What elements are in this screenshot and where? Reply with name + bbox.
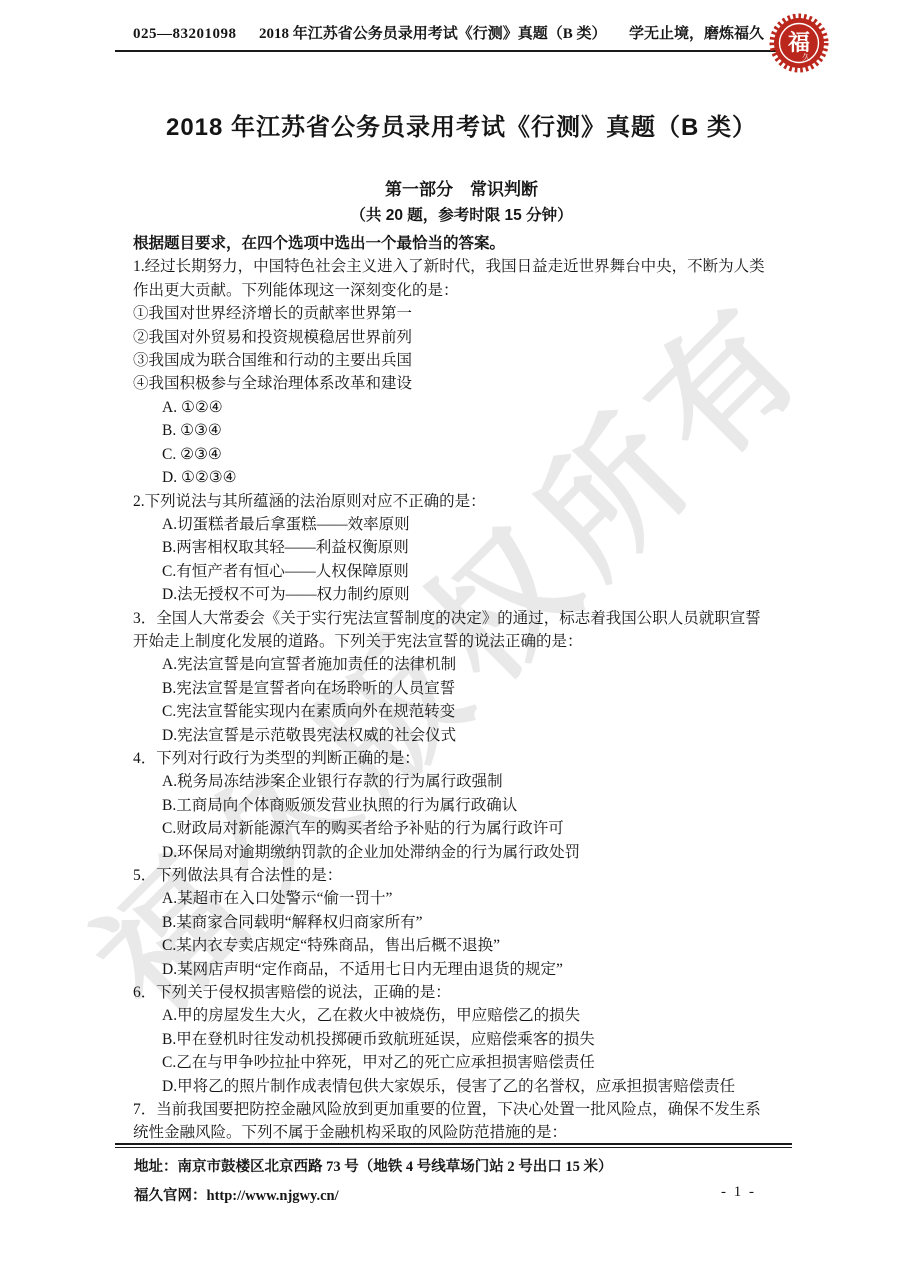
question-option: B.工商局向个体商贩颁发营业执照的行为属行政确认 (133, 794, 790, 817)
section-instruction: 根据题目要求，在四个选项中选出一个最恰当的答案。 (133, 232, 790, 255)
page-number: - 1 - (721, 1184, 756, 1205)
question-sub-item: ④我国积极参与全球治理体系改革和建设 (133, 372, 790, 395)
question-option: A.某超市在入口处警示“偷一罚十” (133, 887, 790, 910)
question-option: A.税务局冻结涉案企业银行存款的行为属行政强制 (133, 770, 790, 793)
question-5: 5．下列做法具有合法性的是： A.某超市在入口处警示“偷一罚十” B.某商家合同… (133, 864, 790, 981)
question-option: C.有恒产者有恒心——人权保障原则 (133, 560, 790, 583)
question-stem: 1.经过长期努力，中国特色社会主义进入了新时代，我国日益走近世界舞台中央，不断为… (133, 255, 769, 302)
question-option: B.宪法宣誓是宣誓者向在场聆听的人员宣誓 (133, 677, 790, 700)
page-header: 025—83201098 2018 年江苏省公务员录用考试《行测》真题（B 类）… (115, 0, 792, 52)
question-sub-item: ②我国对外贸易和投资规模稳居世界前列 (133, 326, 790, 349)
footer-site-row: 福久官网：http://www.njgwy.cn/ - 1 - (115, 1184, 792, 1205)
question-4: 4．下列对行政行为类型的判断正确的是： A.税务局冻结涉案企业银行存款的行为属行… (133, 747, 790, 864)
question-option: B. ①③④ (133, 419, 790, 442)
footer-address: 地址：南京市鼓楼区北京西路 73 号（地铁 4 号线草场门站 2 号出口 15 … (115, 1155, 792, 1176)
question-option: A.甲的房屋发生大火，乙在救火中被烧伤，甲应赔偿乙的损失 (133, 1004, 790, 1027)
question-option: D.法无授权不可为——权力制约原则 (133, 583, 790, 606)
question-2: 2.下列说法与其所蕴涵的法治原则对应不正确的是： A.切蛋糕者最后拿蛋糕——效率… (133, 490, 790, 607)
footer-website: 福久官网：http://www.njgwy.cn/ (134, 1184, 339, 1205)
question-option: C.宪法宣誓能实现内在素质向外在规范转变 (133, 700, 790, 723)
question-option: A. ①②④ (133, 396, 790, 419)
footer-divider (115, 1143, 792, 1148)
question-option: C. ②③④ (133, 443, 790, 466)
question-1: 1.经过长期努力，中国特色社会主义进入了新时代，我国日益走近世界舞台中央，不断为… (133, 255, 790, 489)
question-list: 1.经过长期努力，中国特色社会主义进入了新时代，我国日益走近世界舞台中央，不断为… (133, 255, 790, 1144)
header-phone: 025—83201098 (115, 26, 237, 43)
question-sub-item: ③我国成为联合国维和行动的主要出兵国 (133, 349, 790, 372)
question-stem: 7．当前我国要把防控金融风险放到更加重要的位置，下决心处置一批风险点，确保不发生… (133, 1098, 769, 1145)
question-stem: 2.下列说法与其所蕴涵的法治原则对应不正确的是： (133, 490, 769, 513)
question-3: 3．全国人大常委会《关于实行宪法宣誓制度的决定》的通过，标志着我国公职人员就职宣… (133, 607, 790, 747)
question-option: C.某内衣专卖店规定“特殊商品，售出后概不退换” (133, 934, 790, 957)
document-title: 2018 年江苏省公务员录用考试《行测》真题（B 类） (133, 114, 790, 143)
question-option: D. ①②③④ (133, 466, 790, 489)
fujiu-stamp-icon: 福 久 (768, 12, 830, 74)
question-6: 6．下列关于侵权损害赔偿的说法，正确的是： A.甲的房屋发生大火，乙在救火中被烧… (133, 981, 790, 1098)
question-option: A.宪法宣誓是向宣誓者施加责任的法律机制 (133, 653, 790, 676)
question-option: D.甲将乙的照片制作成表情包供大家娱乐，侵害了乙的名誉权，应承担损害赔偿责任 (133, 1075, 790, 1098)
question-option: D.环保局对逾期缴纳罚款的企业加处滞纳金的行为属行政处罚 (133, 841, 790, 864)
header-title: 2018 年江苏省公务员录用考试《行测》真题（B 类） (259, 22, 607, 43)
page-footer: 地址：南京市鼓楼区北京西路 73 号（地铁 4 号线草场门站 2 号出口 15 … (0, 1143, 900, 1205)
question-option: C.乙在与甲争吵拉扯中猝死，甲对乙的死亡应承担损害赔偿责任 (133, 1051, 790, 1074)
question-stem: 6．下列关于侵权损害赔偿的说法，正确的是： (133, 981, 769, 1004)
question-7: 7．当前我国要把防控金融风险放到更加重要的位置，下决心处置一批风险点，确保不发生… (133, 1098, 790, 1145)
section-heading: 第一部分 常识判断 (133, 179, 790, 201)
question-option: C.财政局对新能源汽车的购买者给予补贴的行为属行政许可 (133, 817, 790, 840)
question-option: D.某网店声明“定作商品，不适用七日内无理由退货的规定” (133, 958, 790, 981)
question-option: A.切蛋糕者最后拿蛋糕——效率原则 (133, 513, 790, 536)
seal-main-char: 福 (788, 30, 810, 55)
question-option: B.甲在登机时往发动机投掷硬币致航班延误，应赔偿乘客的损失 (133, 1028, 790, 1051)
document-body: 2018 年江苏省公务员录用考试《行测》真题（B 类） 第一部分 常识判断 （共… (133, 114, 790, 1145)
question-stem: 5．下列做法具有合法性的是： (133, 864, 769, 887)
section-subheading: （共 20 题，参考时限 15 分钟） (133, 206, 790, 226)
question-stem: 4．下列对行政行为类型的判断正确的是： (133, 747, 769, 770)
seal-small-char: 久 (802, 52, 810, 62)
question-sub-item: ①我国对世界经济增长的贡献率世界第一 (133, 302, 790, 325)
question-option: D.宪法宣誓是示范敬畏宪法权威的社会仪式 (133, 724, 790, 747)
question-option: B.两害相权取其轻——利益权衡原则 (133, 536, 790, 559)
question-stem: 3．全国人大常委会《关于实行宪法宣誓制度的决定》的通过，标志着我国公职人员就职宣… (133, 607, 769, 654)
question-option: B.某商家合同载明“解释权归商家所有” (133, 911, 790, 934)
